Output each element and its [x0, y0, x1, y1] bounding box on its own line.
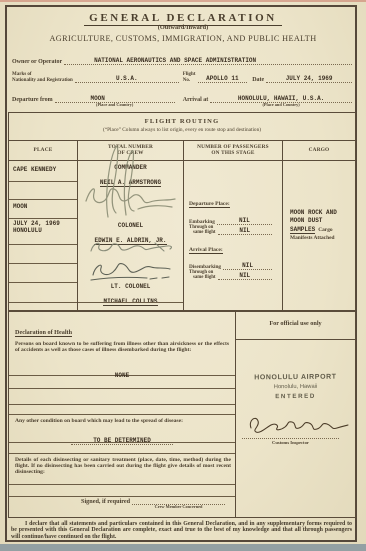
disinsecting-question: Details of each disinsecting or sanitary… [15, 457, 231, 475]
form-subtitle: (Outward/Inward) [0, 24, 366, 31]
ruled-line [78, 302, 183, 303]
cargo-manifests-label: Manifests Attached [290, 234, 351, 242]
departure-label: Departure from [12, 97, 55, 103]
owner-label: Owner or Operator [12, 59, 64, 65]
flight-routing-header: FLIGHT ROUTING (“Place” Column always to… [9, 113, 355, 141]
through-row-1: Through on same flight NIL [189, 224, 272, 235]
ruled-line [9, 414, 235, 415]
ruled-line [9, 496, 235, 497]
place-stop: MOON [13, 203, 27, 210]
arrival-line: HONOLULU, HAWAII, U.S.A. (Place and Coun… [210, 92, 352, 103]
departure-value: MOON [90, 95, 104, 102]
departure-line: MOON (Place and Country) [55, 92, 175, 103]
cargo-value-line1: MOON ROCK AND [290, 209, 351, 217]
through-line-1: NIL [218, 224, 272, 235]
ruled-line [9, 282, 77, 283]
collins-signature [83, 259, 178, 285]
signed-row: Signed, if required Crew Member Concerne… [81, 498, 225, 505]
col-header-passengers: NUMBER OF PASSENGERS ON THIS STAGE [184, 141, 283, 160]
signed-line: Crew Member Concerned [132, 498, 225, 505]
place-origin: CAPE KENNEDY [13, 166, 56, 173]
through-label-1: Through on same flight [189, 225, 218, 235]
registration-row: Marks of Nationality and Registration U.… [12, 70, 352, 83]
agency-line: AGRICULTURE, CUSTOMS, IMMIGRATION, AND P… [0, 34, 366, 43]
passengers-column: Departure Place: Embarking NIL Through o… [184, 161, 283, 311]
ruled-line [9, 404, 235, 405]
cargo-column: MOON ROCK AND MOON DUST SAMPLES Cargo Ma… [283, 161, 355, 311]
embarking-value: NIL [239, 217, 250, 224]
health-question-1: Persons on board known to be suffering f… [15, 341, 229, 353]
inspector-caption: Customs Inspector [236, 440, 345, 445]
route-row: Departure from MOON (Place and Country) … [12, 93, 352, 103]
arrival-caption: (Place and Country) [210, 102, 352, 107]
marks-label: Marks of Nationality and Registration [12, 72, 75, 83]
ruled-line [9, 181, 77, 182]
photo-edge-bottom [0, 544, 366, 551]
lower-section: Declaration of Health Persons on board k… [8, 311, 356, 518]
cargo-printed-label: Cargo [318, 227, 332, 233]
flight-routing-note: (“Place” Column always to list origin, e… [9, 127, 355, 133]
ruled-line [9, 453, 235, 454]
customs-inspector-signature [243, 412, 351, 438]
ruled-line [9, 218, 77, 219]
flight-no-value: APOLLO 11 [206, 75, 238, 82]
disembarking-value: NIL [242, 262, 253, 269]
stamp-city: Honolulu, Hawaii [236, 383, 355, 390]
cm-pilot-name-row: MICHAEL COLLINS [78, 290, 183, 308]
ruled-line [236, 339, 355, 340]
health-heading: Declaration of Health [15, 329, 72, 337]
through-label-2: Through on same flight [189, 270, 218, 280]
honolulu-entry-stamp: HONOLULU AIRPORT Honolulu, Hawaii ENTERE… [236, 373, 355, 400]
crew-column: COMMANDER NEIL A. ARMSTRONG COLONEL EDWI… [78, 161, 184, 311]
armstrong-signature [78, 139, 184, 225]
arrival-label: Arrival at [175, 97, 211, 103]
owner-row: Owner or Operator NATIONAL AERONAUTICS A… [12, 56, 352, 65]
col-header-place: PLACE [9, 141, 78, 160]
official-use-heading: For official use only [236, 320, 355, 327]
flight-no-label: Flight No. [179, 72, 198, 83]
flight-no-line: APOLLO 11 [198, 72, 248, 83]
col-header-cargo: CARGO [283, 141, 355, 160]
flight-routing-table: FLIGHT ROUTING (“Place” Column always to… [8, 112, 356, 311]
arrival-place-heading: Arrival Place: [189, 247, 223, 254]
date-line: JULY 24, 1969 [266, 72, 352, 83]
photo-edge-top [0, 0, 366, 2]
signed-label: Signed, if required [81, 498, 132, 505]
table-body: CAPE KENNEDY MOON JULY 24, 1969 HONOLULU… [9, 161, 355, 311]
arrival-date: JULY 24, 1969 [13, 220, 60, 227]
cargo-samples: SAMPLES [290, 226, 315, 234]
marks-value: U.S.A. [116, 75, 138, 82]
flight-routing-title: FLIGHT ROUTING [9, 118, 355, 125]
ruled-line [9, 263, 77, 264]
place-column: CAPE KENNEDY MOON JULY 24, 1969 HONOLULU [9, 161, 78, 311]
date-value: JULY 24, 1969 [286, 75, 333, 82]
stamp-airport: HONOLULU AIRPORT [236, 373, 355, 381]
ruled-line [9, 199, 77, 200]
departure-place-heading: Departure Place: [189, 201, 230, 208]
ruled-line [9, 244, 77, 245]
through-row-2: Through on same flight NIL [189, 269, 272, 280]
date-label: Date [247, 77, 266, 83]
general-declaration-form: GENERAL DECLARATION (Outward/Inward) AGR… [0, 0, 366, 551]
through-value-2: NIL [239, 272, 250, 279]
ruled-line [9, 302, 77, 303]
ruled-line [9, 484, 235, 485]
health-answer-2: TO BE DETERMINED [9, 429, 235, 447]
stamp-entered: ENTERED [236, 392, 355, 400]
arrival-value: HONOLULU, HAWAII, U.S.A. [238, 95, 324, 102]
pilot-title: COLONEL [78, 222, 183, 229]
aldrin-signature [85, 238, 177, 258]
owner-line: NATIONAL AERONAUTICS AND SPACE ADMINISTR… [64, 54, 352, 65]
health-declaration-box: Declaration of Health Persons on board k… [9, 312, 236, 517]
cm-pilot-title: LT. COLONEL [78, 283, 183, 290]
cargo-value-line3: SAMPLES Cargo [290, 226, 351, 234]
departure-caption: (Place and Country) [55, 102, 175, 107]
declaration-statement: I declare that all statements and partic… [11, 521, 352, 540]
ruled-line [9, 388, 235, 389]
health-question-2: Any other condition on board which may l… [15, 418, 229, 424]
through-value-1: NIL [239, 227, 250, 234]
marks-line: U.S.A. [75, 72, 179, 83]
signed-caption: Crew Member Concerned [132, 504, 225, 509]
inspector-signature-line [242, 438, 339, 439]
official-use-box: For official use only HONOLULU AIRPORT H… [236, 312, 355, 517]
owner-value: NATIONAL AERONAUTICS AND SPACE ADMINISTR… [94, 57, 256, 64]
place-destination: HONOLULU [13, 227, 42, 234]
through-line-2: NIL [218, 269, 272, 280]
health-answer-1: NONE [9, 364, 235, 382]
cargo-value-line2: MOON DUST [290, 217, 351, 225]
